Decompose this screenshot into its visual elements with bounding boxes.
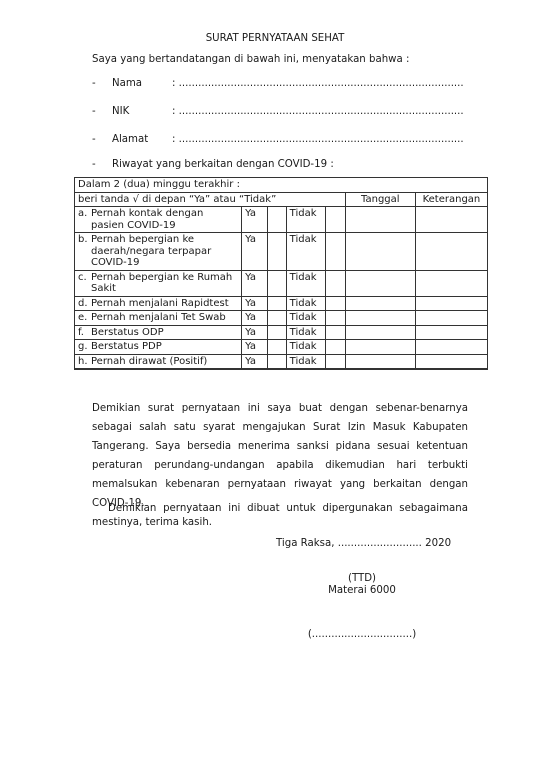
item-letter: d.	[78, 298, 91, 310]
tidak-checkbox[interactable]	[325, 340, 345, 355]
ya-checkbox[interactable]	[267, 233, 286, 271]
tidak-label: Tidak	[286, 311, 325, 326]
tidak-checkbox[interactable]	[325, 296, 345, 311]
ya-label: Ya	[242, 270, 268, 296]
table-row: e.Pernah menjalani Tet SwabYaTidak	[75, 311, 488, 326]
keterangan-cell[interactable]	[415, 207, 487, 233]
tanggal-cell[interactable]	[345, 207, 415, 233]
riwayat-label: Riwayat yang berkaitan dengan COVID-19 :	[112, 159, 334, 170]
bullet-dash: -	[92, 159, 112, 170]
ya-label: Ya	[242, 354, 268, 369]
ya-label: Ya	[242, 296, 268, 311]
question-text: Pernah dirawat (Positif)	[91, 356, 207, 368]
tidak-label: Tidak	[286, 325, 325, 340]
tidak-label: Tidak	[286, 340, 325, 355]
question-cell: b.Pernah bepergian ke daerah/negara terp…	[75, 233, 242, 271]
ya-checkbox[interactable]	[267, 325, 286, 340]
ya-checkbox[interactable]	[267, 296, 286, 311]
ya-label: Ya	[242, 207, 268, 233]
tidak-label: Tidak	[286, 233, 325, 271]
field-blank-line[interactable]: : ......................................…	[172, 78, 464, 89]
keterangan-cell[interactable]	[415, 296, 487, 311]
intro-text: Saya yang bertandatangan di bawah ini, m…	[92, 54, 409, 65]
question-cell: h.Pernah dirawat (Positif)	[75, 354, 242, 369]
tanggal-cell[interactable]	[345, 340, 415, 355]
tidak-label: Tidak	[286, 296, 325, 311]
item-letter: h.	[78, 356, 91, 368]
table-row: f.Berstatus ODPYaTidak	[75, 325, 488, 340]
ya-checkbox[interactable]	[267, 270, 286, 296]
place-date[interactable]: Tiga Raksa, .......................... 2…	[276, 538, 456, 549]
item-letter: b.	[78, 234, 91, 269]
tidak-label: Tidak	[286, 270, 325, 296]
tidak-label: Tidak	[286, 207, 325, 233]
item-letter: e.	[78, 312, 91, 324]
ya-label: Ya	[242, 311, 268, 326]
bullet-dash: -	[92, 78, 112, 89]
keterangan-cell[interactable]	[415, 233, 487, 271]
keterangan-cell[interactable]	[415, 270, 487, 296]
tidak-checkbox[interactable]	[325, 207, 345, 233]
ya-checkbox[interactable]	[267, 340, 286, 355]
tidak-checkbox[interactable]	[325, 354, 345, 369]
keterangan-cell[interactable]	[415, 340, 487, 355]
field-label: Nama	[112, 78, 172, 89]
question-text: Pernah menjalani Tet Swab	[91, 312, 226, 324]
table-header-instruction: beri tanda √ di depan “Ya” atau “Tidak”	[75, 192, 346, 207]
riwayat-heading: -Riwayat yang berkaitan dengan COVID-19 …	[92, 159, 334, 170]
table-header-period: Dalam 2 (dua) minggu terakhir :	[75, 178, 488, 193]
keterangan-cell[interactable]	[415, 325, 487, 340]
materai-label: Materai 6000	[312, 585, 412, 596]
item-letter: g.	[78, 341, 91, 353]
question-cell: c.Pernah bepergian ke Rumah Sakit	[75, 270, 242, 296]
field-blank-line[interactable]: : ......................................…	[172, 134, 464, 145]
statement-paragraph: Demikian surat pernyataan ini saya buat …	[92, 399, 468, 513]
signature-ttd: (TTD)	[312, 573, 412, 584]
table-row: b.Pernah bepergian ke daerah/negara terp…	[75, 233, 488, 271]
question-text: Pernah kontak dengan pasien COVID-19	[91, 208, 238, 231]
tidak-checkbox[interactable]	[325, 311, 345, 326]
question-text: Berstatus ODP	[91, 327, 164, 339]
column-header-tanggal: Tanggal	[345, 192, 415, 207]
table-row: c.Pernah bepergian ke Rumah SakitYaTidak	[75, 270, 488, 296]
tanggal-cell[interactable]	[345, 296, 415, 311]
tidak-checkbox[interactable]	[325, 233, 345, 271]
tanggal-cell[interactable]	[345, 233, 415, 271]
question-cell: a.Pernah kontak dengan pasien COVID-19	[75, 207, 242, 233]
table-row: h.Pernah dirawat (Positif)YaTidak	[75, 354, 488, 369]
field-nik: -NIK: ..................................…	[92, 106, 464, 117]
tanggal-cell[interactable]	[345, 325, 415, 340]
field-label: NIK	[112, 106, 172, 117]
tanggal-cell[interactable]	[345, 354, 415, 369]
item-letter: c.	[78, 272, 91, 295]
signer-name-blank[interactable]: (...............................)	[300, 629, 424, 640]
table-row: d.Pernah menjalani RapidtestYaTidak	[75, 296, 488, 311]
question-text: Pernah menjalani Rapidtest	[91, 298, 229, 310]
question-text: Pernah bepergian ke Rumah Sakit	[91, 272, 238, 295]
bullet-dash: -	[92, 106, 112, 117]
table-header-row: beri tanda √ di depan “Ya” atau “Tidak” …	[75, 192, 488, 207]
item-letter: f.	[78, 327, 91, 339]
field-alamat: -Alamat: ...............................…	[92, 134, 464, 145]
ya-label: Ya	[242, 233, 268, 271]
ya-label: Ya	[242, 340, 268, 355]
covid-history-table: Dalam 2 (dua) minggu terakhir : beri tan…	[74, 177, 488, 370]
document-title: SURAT PERNYATAAN SEHAT	[0, 33, 550, 44]
tanggal-cell[interactable]	[345, 270, 415, 296]
question-cell: f.Berstatus ODP	[75, 325, 242, 340]
tidak-label: Tidak	[286, 354, 325, 369]
field-label: Alamat	[112, 134, 172, 145]
tanggal-cell[interactable]	[345, 311, 415, 326]
ya-label: Ya	[242, 325, 268, 340]
tidak-checkbox[interactable]	[325, 325, 345, 340]
ya-checkbox[interactable]	[267, 207, 286, 233]
table-header-row: Dalam 2 (dua) minggu terakhir :	[75, 178, 488, 193]
question-cell: e.Pernah menjalani Tet Swab	[75, 311, 242, 326]
field-nama: -Nama: .................................…	[92, 78, 464, 89]
ya-checkbox[interactable]	[267, 311, 286, 326]
table-row: a.Pernah kontak dengan pasien COVID-19Ya…	[75, 207, 488, 233]
keterangan-cell[interactable]	[415, 311, 487, 326]
bullet-dash: -	[92, 134, 112, 145]
ya-checkbox[interactable]	[267, 354, 286, 369]
field-blank-line[interactable]: : ......................................…	[172, 106, 464, 117]
question-cell: d.Pernah menjalani Rapidtest	[75, 296, 242, 311]
item-letter: a.	[78, 208, 91, 231]
column-header-keterangan: Keterangan	[415, 192, 487, 207]
question-text: Berstatus PDP	[91, 341, 162, 353]
closing-paragraph: Demikian pernyataan ini dibuat untuk dip…	[92, 502, 468, 530]
table-row: g.Berstatus PDPYaTidak	[75, 340, 488, 355]
question-text: Pernah bepergian ke daerah/negara terpap…	[91, 234, 238, 269]
tidak-checkbox[interactable]	[325, 270, 345, 296]
question-cell: g.Berstatus PDP	[75, 340, 242, 355]
keterangan-cell[interactable]	[415, 354, 487, 369]
